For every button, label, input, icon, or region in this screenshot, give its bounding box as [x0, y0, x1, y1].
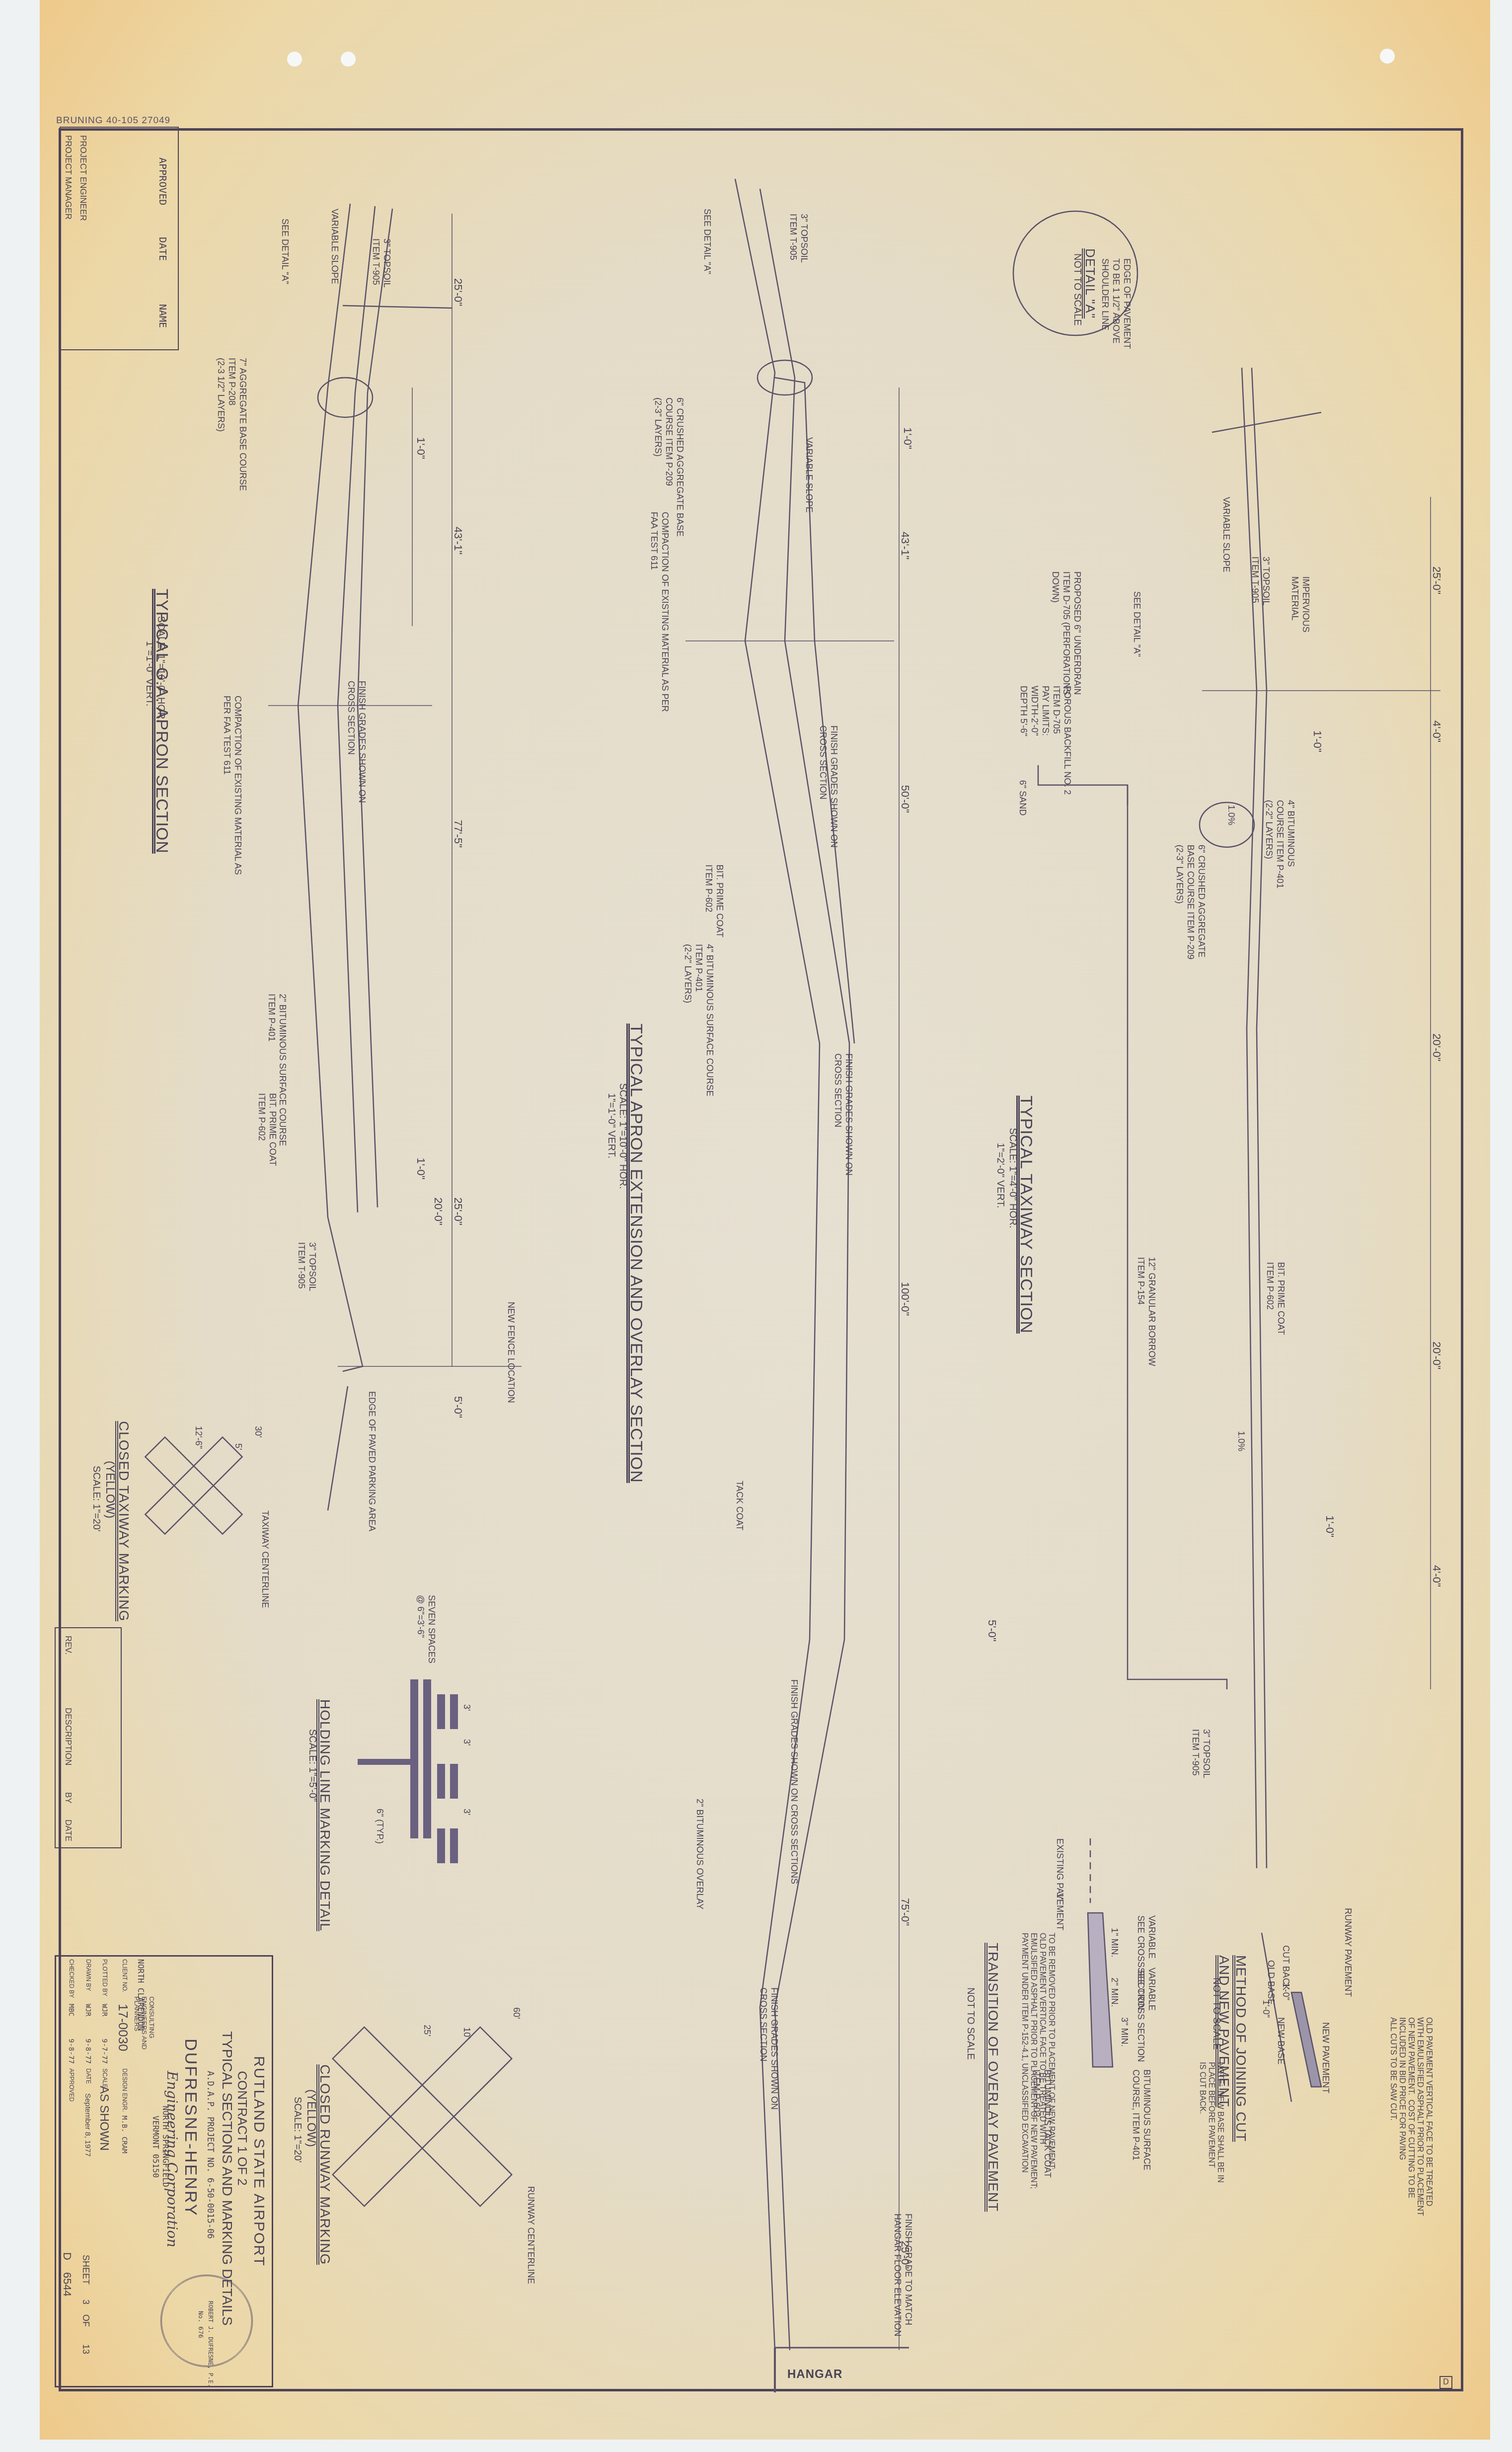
holding-line-dim: 3' — [461, 1739, 472, 1745]
ga-dim: 25'-0" — [452, 1197, 464, 1225]
ga-compaction-note: COMPACTION OF EXISTING MATERIAL AS PER F… — [222, 696, 243, 875]
closed-taxiway-title: CLOSED TAXIWAY MARKING — [116, 1421, 132, 1621]
ga-dim: 20'-0" — [432, 1197, 445, 1225]
taxiway-underdrain: PROPOSED 6" UNDERDRAIN ITEM D-705 (PERFO… — [1050, 571, 1083, 695]
ext-finish-1: FINISH GRADES SHOWN ON CROSS SECTION — [818, 725, 839, 848]
date-value: September 8, 1977 — [83, 2093, 92, 2157]
ext-dim: 75'-0" — [899, 1898, 911, 1926]
header-by: BY — [63, 1792, 73, 1804]
ext-dim: 1'-0" — [901, 427, 914, 449]
detail-a-title: DETAIL "A" — [1082, 248, 1098, 318]
detail-a-note: EDGE OF PAVEMENT TO BE 1 1/2" ABOVE SHOU… — [1100, 258, 1133, 349]
ga-edge-note: EDGE OF PAVED PARKING AREA — [367, 1391, 378, 1531]
plotted-by: WJR — [100, 2004, 108, 2016]
taxiway-dim: 4'-0" — [1430, 1565, 1443, 1587]
pe-seal: ROBERT J. DUFRESNE, P.E. No. 676 — [160, 2275, 253, 2367]
drawn-by: WJR — [84, 2004, 92, 2016]
taxiway-granular: 12" GRANULAR BORROW ITEM P-154 — [1135, 1257, 1157, 1366]
ext-prime-note: BIT. PRIME COAT ITEM P-602 — [703, 865, 725, 938]
closed-runway-dim: 60' — [511, 2007, 522, 2019]
taxiway-topsoil: 3" TOPSOIL ITEM T-905 — [1250, 556, 1272, 606]
taxiway-surface: 4" BITUMINOUS COURSE ITEM P-401 (2-2" LA… — [1264, 800, 1296, 888]
ext-dim: 43'-1" — [899, 532, 911, 559]
ga-detail-ref: SEE DETAIL "A" — [280, 219, 291, 284]
transition-bit-tack: BITUMINOUS TACK COAT ITEM P-603 — [1031, 2069, 1053, 2178]
design-engr: M.B. CRAM — [120, 2116, 128, 2153]
scale-value: AS SHOWN — [97, 2086, 111, 2151]
ext-compaction-note: COMPACTION OF EXISTING MATERIAL AS PER F… — [649, 512, 671, 712]
plotted-by-label: PLOTTED BY — [101, 1959, 108, 1996]
client-no-label: CLIENT NO. — [121, 1959, 128, 1992]
checked-by-label: CHECKED BY — [68, 1959, 75, 1998]
taxiway-topsoil-2: 3" TOPSOIL ITEM T-905 — [1190, 1729, 1212, 1778]
taxiway-dim: 20'-0" — [1430, 1342, 1443, 1369]
taxiway-dim: 5'-0" — [985, 1620, 998, 1642]
header-description: DESCRIPTION — [63, 1708, 73, 1765]
holding-line-dim: 6" (TYP.) — [375, 1809, 385, 1844]
runway-centerline-label: RUNWAY CENTERLINE — [526, 2186, 536, 2284]
seal-name: ROBERT J. DUFRESNE, P.E. — [207, 2301, 214, 2387]
taxiway-backfill: POROUS BACKFILL NO. 2 ITEM D-705 PAY LIM… — [1018, 686, 1073, 794]
date-label: DATE — [85, 2068, 92, 2084]
holding-line-title: HOLDING LINE MARKING DETAIL — [317, 1699, 333, 1931]
design-engr-label: DESIGN ENGR. — [121, 2068, 128, 2112]
checked-date: 9-8-77 — [67, 2039, 75, 2064]
ext-tack-note: TACK COAT — [734, 1481, 745, 1530]
joining-dim: 1'-0" — [1281, 1982, 1291, 2000]
ga-fence-note: NEW FENCE LOCATION — [506, 1302, 517, 1403]
ext-detail-ref: SEE DETAIL "A" — [702, 209, 713, 274]
transition-dim: 2" MIN. — [1109, 1977, 1120, 2007]
closed-runway-dim: 25' — [422, 2025, 432, 2036]
transition-dim: 1" — [1055, 1893, 1065, 1901]
client-no: 17-0030 — [115, 2004, 131, 2051]
taxiway-dim: 25'-0" — [1430, 566, 1443, 594]
checked-by: MBC — [67, 2004, 75, 2016]
title-block: NORTH CLARENDON RUTLAND STATE AIRPORT CO… — [55, 1955, 273, 2387]
joining-dim: 1'-0" — [1261, 2000, 1272, 2018]
project-number: A.D.A.P. PROJECT NO. 6-50-0015-06 — [205, 2071, 215, 2239]
header-date: DATE — [63, 1819, 73, 1841]
taxiway-impervious: IMPERVIOUS MATERIAL — [1289, 576, 1311, 633]
ga-dim: 5'-0" — [452, 1396, 464, 1418]
taxiway-dim: 1'-0" — [1311, 730, 1324, 752]
firm-city: NORTH SPRINGFIELD — [161, 2106, 170, 2187]
transition-dim: 1" MIN. — [1109, 1928, 1120, 1957]
taxiway-slope-2: 1.0% — [1236, 1431, 1247, 1451]
size-code: D — [61, 2252, 74, 2260]
ga-dim: 1'-0" — [414, 1158, 427, 1180]
closed-runway-dim: 10' — [461, 2027, 472, 2039]
ga-dim: 43'-1" — [452, 527, 464, 554]
ext-finish-2: FINISH GRADES SHOWN ON CROSS SECTION — [832, 1053, 854, 1176]
ga-dim: 25'-0" — [452, 278, 464, 306]
plotted-date: 9-7-77 — [100, 2039, 108, 2064]
ext-hangar-floor: FINISH GRADE TO MATCH HANGAR FLOOR ELEVA… — [892, 2214, 914, 2336]
ext-topsoil-note: 3" TOPSOIL ITEM T-905 — [788, 214, 810, 263]
holding-line-dim: 3' — [461, 1704, 472, 1711]
firm-state-zip: VERMONT 05150 — [151, 2116, 160, 2178]
ext-variable-slope: VARIABLE SLOPE — [804, 437, 815, 513]
ext-dim: 25'-0" — [899, 2241, 911, 2269]
taxiway-detail-ref: SEE DETAIL "A" — [1132, 591, 1142, 657]
firm-tagline: CONSULTING ENGINEERS AND PLANNERS — [133, 1996, 155, 2056]
taxiway-sand: 6" SAND — [1017, 780, 1028, 815]
closed-taxiway-dim: 12'-6" — [193, 1426, 204, 1449]
ga-topsoil-2-note: 3" TOPSOIL ITEM T-905 — [296, 1242, 318, 1291]
joining-scale: NOT TO SCALE — [1210, 1977, 1222, 2050]
transition-existing: EXISTING PAVEMENT — [1055, 1838, 1065, 1930]
sheet-total: 13 — [80, 2344, 91, 2354]
hangar-label: HANGAR — [787, 2368, 842, 2381]
apron-ext-scale-vert: 1"=1'-0" VERT. — [605, 1093, 617, 1159]
approval-block: APPROVED DATE NAME PROJECT ENGINEER PROJ… — [60, 127, 179, 350]
ext-finish-3: FINISH GRADES SHOWN ON CROSS SECTIONS — [789, 1679, 800, 1884]
taxiway-base: 6" CRUSHED AGGREGATE BASE COURSE ITEM P-… — [1174, 845, 1207, 959]
ga-apron-scale-vert: 1"=1'-0" VERT. — [144, 641, 155, 707]
ga-dim: 77'-5" — [452, 820, 464, 848]
closed-runway-scale: SCALE: 1"=20' — [292, 2097, 303, 2163]
ext-surface-note: 4" BITUMINOUS SURFACE COURSE ITEM P-401 … — [682, 944, 715, 1096]
closed-runway-title: CLOSED RUNWAY MARKING — [317, 2064, 333, 2265]
sheet-number: 3 — [80, 2299, 91, 2304]
ga-apron-scale-hor: SCALE: 1"=10'-0" HOR. — [155, 616, 166, 722]
row-project-engineer: PROJECT ENGINEER — [78, 135, 88, 221]
taxiway-dim: 1'-0" — [1323, 1515, 1336, 1537]
ga-base-note: 7" AGGREGATE BASE COURSE ITEM P-208 (2-3… — [216, 358, 248, 491]
row-project-manager: PROJECT MANAGER — [63, 135, 73, 220]
holding-line-scale: SCALE: 1"=5'-0" — [306, 1729, 318, 1802]
drawing-number: 6544 — [61, 2272, 74, 2296]
contract: CONTRACT 1 OF 2 — [234, 2071, 250, 2186]
ga-variable-slope: VARIABLE SLOPE — [329, 209, 340, 284]
transition-bit-surface: BITUMINOUS SURFACE COURSE, ITEM P-401 — [1131, 2069, 1152, 2170]
drawn-by-label: DRAWN BY — [85, 1959, 92, 1991]
apron-ext-title: TYPICAL APRON EXTENSION AND OVERLAY SECT… — [626, 1024, 646, 1483]
closed-taxiway-dim: 5' — [233, 1443, 243, 1450]
sheet-size-marker: D — [1439, 2376, 1452, 2389]
taxiway-scale-vert: 1"=2'-0" VERT. — [994, 1143, 1006, 1208]
closed-taxiway-subtitle: (YELLOW) — [103, 1461, 117, 1518]
ga-dim: 1'-0" — [414, 437, 427, 459]
transition-scale: NOT TO SCALE — [965, 1987, 976, 2060]
project-name: RUTLAND STATE AIRPORT — [250, 2056, 267, 2267]
drawn-date: 9-8-77 — [84, 2039, 92, 2064]
taxiway-centerline-label: TAXIWAY CENTERLINE — [260, 1510, 271, 1608]
joining-new-pavement: NEW PAVEMENT — [1320, 2022, 1331, 2093]
header-approved: APPROVED — [157, 158, 169, 205]
detail-a-scale: NOT TO SCALE — [1071, 253, 1083, 326]
header-date: DATE — [157, 237, 169, 261]
sheet-label: SHEET — [80, 2255, 91, 2285]
joining-old-base: OLD BASE — [1266, 1960, 1277, 2005]
transition-title: TRANSITION OF OVERLAY PAVEMENT — [985, 1943, 1001, 2212]
closed-taxiway-dim: 30' — [253, 1426, 263, 1437]
ext-dim: 100'-0" — [899, 1282, 911, 1316]
apron-ext-scale-hor: SCALE: 1"=10'-0" HOR. — [617, 1083, 628, 1189]
transition-dim: VARIABLE SEE CROSS SECTION — [1135, 1968, 1157, 2062]
closed-runway-subtitle: (YELLOW) — [304, 2089, 318, 2147]
ga-finish-note: FINISH GRADES SHOWN ON CROSS SECTION — [346, 681, 368, 803]
closed-taxiway-scale: SCALE: 1"=20' — [90, 1466, 102, 1532]
sheet-of: OF — [80, 2314, 91, 2327]
header-name: NAME — [157, 304, 169, 328]
taxiway-dim: 4'-0" — [1430, 720, 1443, 742]
joining-runway-pavement: RUNWAY PAVEMENT — [1343, 1908, 1354, 1997]
scale-label: SCALE — [101, 2068, 108, 2088]
firm-name: DUFRESNE-HENRY — [181, 2039, 200, 2217]
taxiway-scale-hor: SCALE: 1"=4'-0" HOR. — [1007, 1128, 1018, 1228]
revision-block: REV. DESCRIPTION BY DATE — [55, 1627, 122, 1848]
taxiway-dim: 20'-0" — [1430, 1033, 1443, 1061]
seal-number: No. 676 — [197, 2311, 204, 2338]
taxiway-title: TYPICAL TAXIWAY SECTION — [1016, 1096, 1036, 1334]
holding-line-dim: 3' — [461, 1809, 472, 1815]
holding-line-spaces: SEVEN SPACES @ 6"=3'-6" — [415, 1595, 437, 1663]
header-rev: REV. — [63, 1636, 73, 1655]
ga-tack-note: BIT. PRIME COAT ITEM P-602 — [256, 1093, 278, 1166]
ext-dim: 50'-0" — [899, 785, 911, 813]
ga-topsoil-note: 3" TOPSOIL ITEM T-905 — [371, 238, 392, 288]
joining-note-1: OLD PAVEMENT VERTICAL FACE TO BE TREATED… — [1388, 2017, 1433, 2216]
joining-note-2: NOTE: NEW BASE SHALL BE IN PLACE BEFORE … — [1198, 2062, 1224, 2183]
taxiway-slope-1: 1.0% — [1226, 805, 1237, 825]
ext-overlay-note: 2" BITUMINOUS OVERLAY — [694, 1799, 705, 1909]
ext-finish-4: FINISH GRADES SHOWN ON CROSS SECTION — [758, 1987, 780, 2110]
taxiway-variable-slope: VARIABLE SLOPE — [1221, 497, 1232, 572]
joining-new-base: NEW BASE — [1276, 2017, 1286, 2064]
taxiway-prime: BIT. PRIME COAT ITEM P-602 — [1265, 1262, 1286, 1335]
approved-label: APPROVED — [68, 2068, 75, 2102]
transition-dim: 3" MIN. — [1119, 2017, 1130, 2047]
